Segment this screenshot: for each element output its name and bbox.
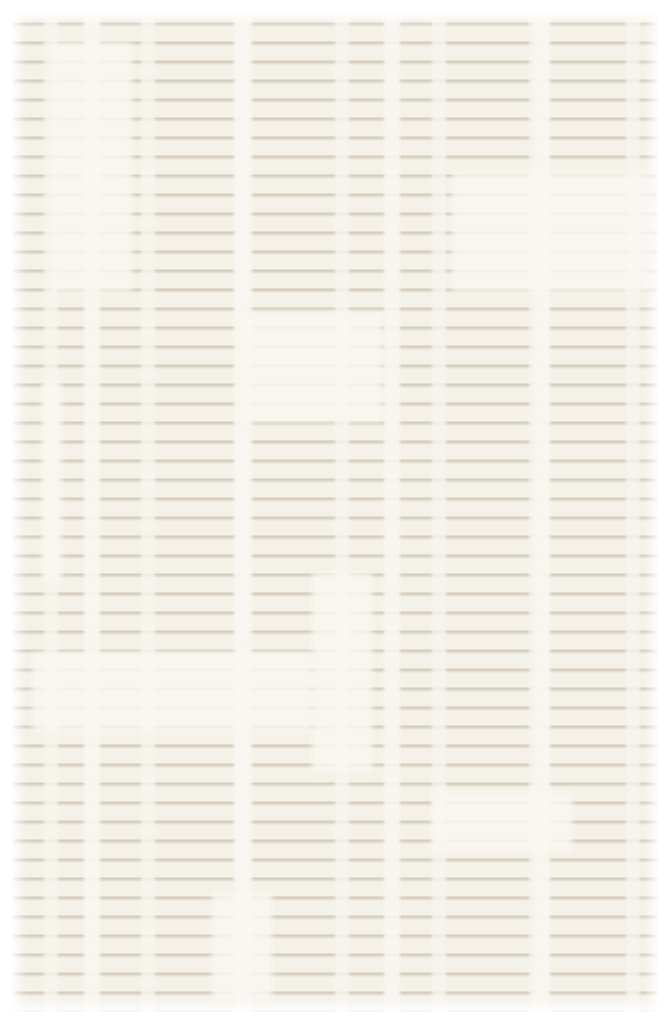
rug-photo [12,12,658,1012]
rug-edge-fringe [12,12,658,1012]
